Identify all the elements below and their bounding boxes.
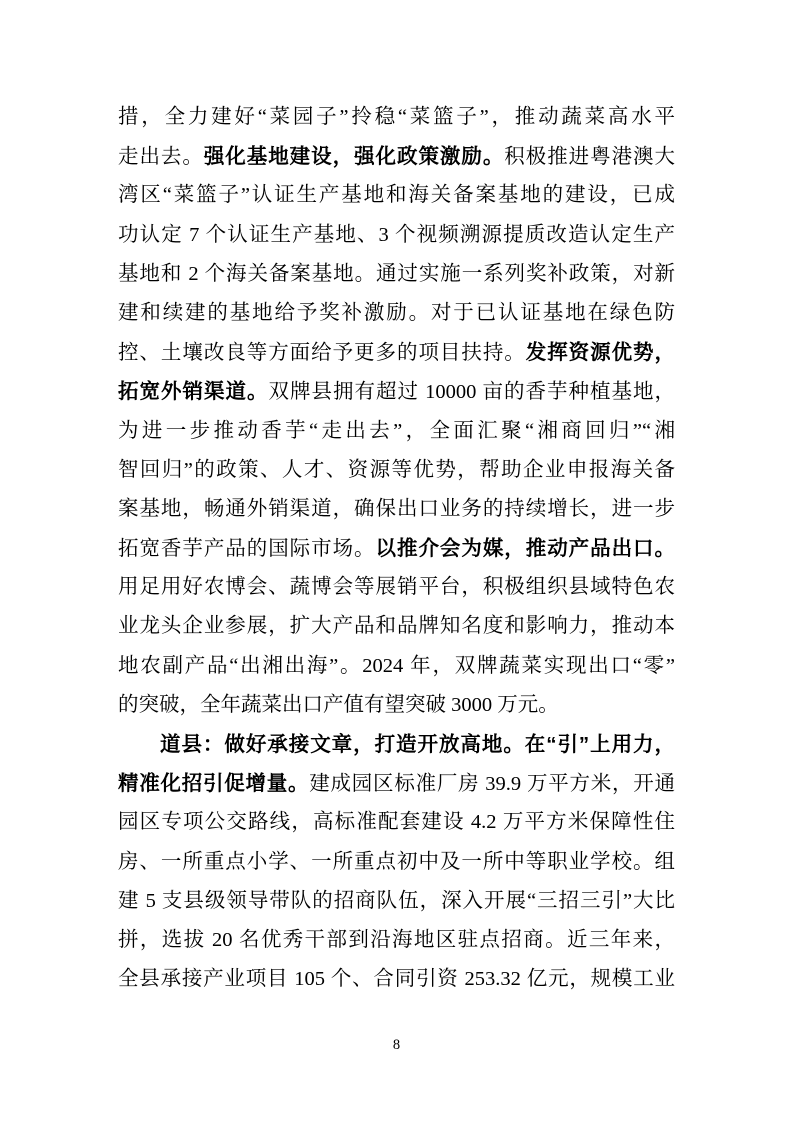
text-segment: 用足用好农博会、蔬博会等展销平台，积极组织县域特色农	[118, 576, 675, 598]
bold-text-segment: 发挥资源优势，	[526, 341, 675, 364]
text-line: 道县：做好承接文章，打造开放高地。在“引”上用力，	[118, 725, 675, 764]
text-line: 地农副产品“出湘出海”。2024 年，双牌蔬菜实现出口“零”	[118, 647, 675, 686]
text-line: 为进一步推动香芋“走出去”，全面汇聚“湘商回归”“湘	[118, 412, 675, 451]
text-line: 案基地，畅通外销渠道，确保出口业务的持续增长，进一步	[118, 490, 675, 529]
text-segment: 功认定 7 个认证生产基地、3 个视频溯源提质改造认定生产	[118, 224, 675, 246]
text-line: 的突破，全年蔬菜出口产值有望突破 3000 万元。	[118, 686, 675, 725]
bold-text-segment: 以推介会为媒，推动产品出口。	[376, 537, 675, 560]
text-line: 建和续建的基地给予奖补激励。对于已认证基地在绿色防	[118, 294, 675, 333]
text-line: 精准化招引促增量。建成园区标准厂房 39.9 万平方米，开通	[118, 764, 675, 803]
text-segment: 园区专项公交路线，高标准配套建设 4.2 万平方米保障性住	[118, 811, 675, 833]
text-line: 拓宽外销渠道。双牌县拥有超过 10000 亩的香芋种植基地，	[118, 372, 675, 411]
text-line: 走出去。强化基地建设，强化政策激励。积极推进粤港澳大	[118, 137, 675, 176]
text-line: 全县承接产业项目 105 个、合同引资 253.32 亿元，规模工业	[118, 960, 675, 999]
text-segment: 建成园区标准厂房 39.9 万平方米，开通	[309, 773, 675, 795]
text-line: 建 5 支县级领导带队的招商队伍，深入开展“三招三引”大比	[118, 882, 675, 921]
text-segment: 积极推进粤港澳大	[504, 146, 675, 168]
bold-text-segment: 精准化招引促增量。	[118, 772, 309, 795]
body-text: 措，全力建好“菜园子”拎稳“菜篮子”，推动蔬菜高水平走出去。强化基地建设，强化政…	[118, 98, 675, 999]
page-number-footer: 8	[0, 1036, 793, 1054]
text-segment: 业龙头企业参展，扩大产品和品牌知名度和影响力，推动本	[118, 615, 675, 637]
text-segment: 建 5 支县级领导带队的招商队伍，深入开展“三招三引”大比	[118, 890, 675, 912]
text-line: 基地和 2 个海关备案基地。通过实施一系列奖补政策，对新	[118, 255, 675, 294]
text-segment: 拼，选拔 20 名优秀干部到沿海地区驻点招商。近三年来，	[118, 929, 675, 951]
text-line: 园区专项公交路线，高标准配套建设 4.2 万平方米保障性住	[118, 803, 675, 842]
text-segment: 房、一所重点小学、一所重点初中及一所中等职业学校。组	[118, 851, 675, 873]
text-line: 控、土壤改良等方面给予更多的项目扶持。发挥资源优势，	[118, 333, 675, 372]
text-segment: 地农副产品“出湘出海”。2024 年，双牌蔬菜实现出口“零”	[118, 655, 675, 677]
bold-text-segment: 拓宽外销渠道。	[118, 380, 269, 403]
text-segment: 拓宽香芋产品的国际市场。	[118, 538, 376, 560]
text-segment: 措，全力建好“菜园子”拎稳“菜篮子”，推动蔬菜高水平	[118, 106, 675, 128]
text-segment: 为进一步推动香芋“走出去”，全面汇聚“湘商回归”“湘	[118, 420, 675, 442]
text-segment: 双牌县拥有超过 10000 亩的香芋种植基地，	[269, 381, 676, 403]
text-line: 房、一所重点小学、一所重点初中及一所中等职业学校。组	[118, 843, 675, 882]
text-line: 用足用好农博会、蔬博会等展销平台，积极组织县域特色农	[118, 568, 675, 607]
text-line: 湾区“菜篮子”认证生产基地和海关备案基地的建设，已成	[118, 176, 675, 215]
text-segment: 基地和 2 个海关备案基地。通过实施一系列奖补政策，对新	[118, 263, 675, 285]
text-line: 业龙头企业参展，扩大产品和品牌知名度和影响力，推动本	[118, 607, 675, 646]
text-line: 拓宽香芋产品的国际市场。以推介会为媒，推动产品出口。	[118, 529, 675, 568]
text-line: 拼，选拔 20 名优秀干部到沿海地区驻点招商。近三年来，	[118, 921, 675, 960]
text-segment: 控、土壤改良等方面给予更多的项目扶持。	[118, 342, 526, 364]
text-line: 措，全力建好“菜园子”拎稳“菜篮子”，推动蔬菜高水平	[118, 98, 675, 137]
text-segment: 智回归”的政策、人才、资源等优势，帮助企业申报海关备	[118, 459, 675, 481]
text-line: 功认定 7 个认证生产基地、3 个视频溯源提质改造认定生产	[118, 216, 675, 255]
text-segment: 的突破，全年蔬菜出口产值有望突破 3000 万元。	[118, 694, 559, 716]
text-segment: 湾区“菜篮子”认证生产基地和海关备案基地的建设，已成	[118, 184, 675, 206]
text-segment: 走出去。	[118, 146, 204, 168]
text-line: 智回归”的政策、人才、资源等优势，帮助企业申报海关备	[118, 451, 675, 490]
text-segment: 全县承接产业项目 105 个、合同引资 253.32 亿元，规模工业	[118, 968, 675, 990]
bold-text-segment: 道县：做好承接文章，打造开放高地。在“引”上用力，	[160, 733, 675, 756]
document-page: 措，全力建好“菜园子”拎稳“菜篮子”，推动蔬菜高水平走出去。强化基地建设，强化政…	[0, 0, 793, 1122]
text-segment: 建和续建的基地给予奖补激励。对于已认证基地在绿色防	[118, 302, 675, 324]
bold-text-segment: 强化基地建设，强化政策激励。	[204, 145, 504, 168]
text-segment: 案基地，畅通外销渠道，确保出口业务的持续增长，进一步	[118, 498, 675, 520]
